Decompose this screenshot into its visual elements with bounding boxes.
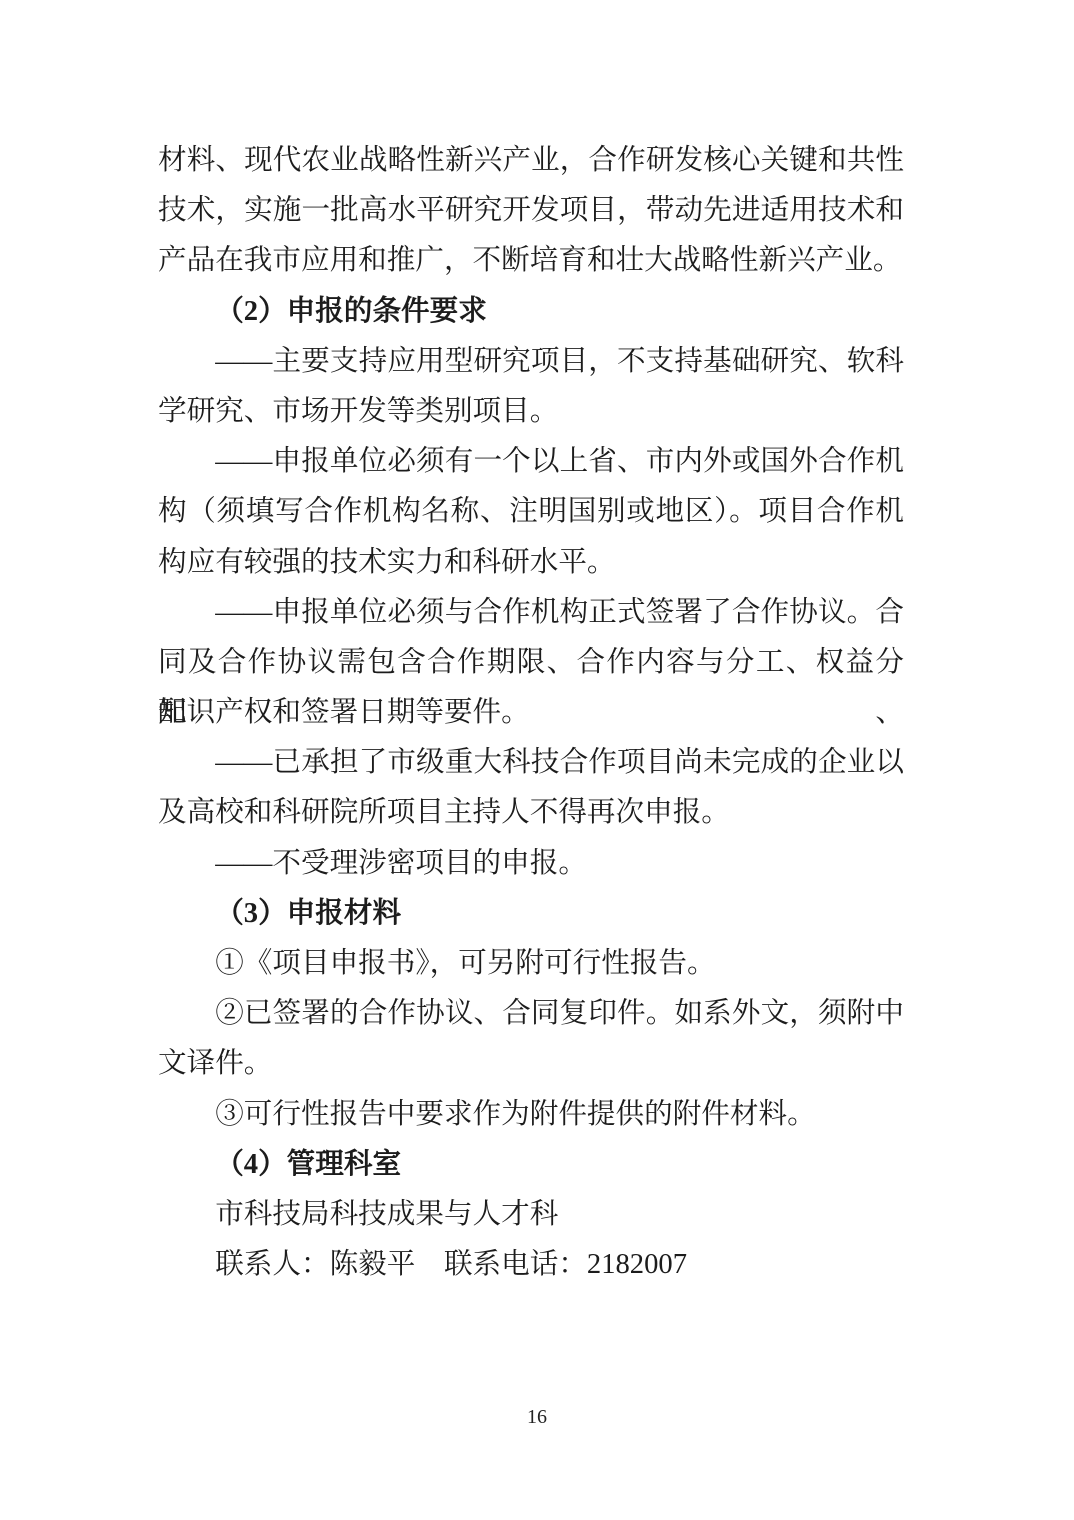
text-line: 同及合作协议需包含合作期限、合作内容与分工、权益分配、: [158, 638, 904, 688]
text-line: ——主要支持应用型研究项目，不支持基础研究、软科: [158, 337, 904, 387]
section-heading: （3）申报材料: [158, 889, 904, 939]
text-line: 构应有较强的技术实力和科研水平。: [158, 538, 904, 588]
text-line: 文译件。: [158, 1039, 904, 1089]
text-line: 联系人：陈毅平 联系电话：2182007: [158, 1240, 904, 1290]
text-line: ——申报单位必须与合作机构正式签署了合作协议。合: [158, 588, 904, 638]
text-line: 材料、现代农业战略性新兴产业，合作研发核心关键和共性: [158, 136, 904, 186]
section-heading: （2）申报的条件要求: [158, 287, 904, 337]
section-heading: （4）管理科室: [158, 1140, 904, 1190]
text-line: ②已签署的合作协议、合同复印件。如系外文，须附中: [158, 989, 904, 1039]
text-line: 产品在我市应用和推广，不断培育和壮大战略性新兴产业。: [158, 236, 904, 286]
document-page: 材料、现代农业战略性新兴产业，合作研发核心关键和共性技术，实施一批高水平研究开发…: [0, 0, 1074, 1520]
text-line: 构（须填写合作机构名称、注明国别或地区）。项目合作机: [158, 487, 904, 537]
text-line: ——不受理涉密项目的申报。: [158, 839, 904, 889]
text-line: 市科技局科技成果与人才科: [158, 1190, 904, 1240]
text-line: 及高校和科研院所项目主持人不得再次申报。: [158, 788, 904, 838]
text-line: ③可行性报告中要求作为附件提供的附件材料。: [158, 1090, 904, 1140]
text-line: ①《项目申报书》，可另附可行性报告。: [158, 939, 904, 989]
text-line: 技术，实施一批高水平研究开发项目，带动先进适用技术和: [158, 186, 904, 236]
text-line: ——申报单位必须有一个以上省、市内外或国外合作机: [158, 437, 904, 487]
text-line: 学研究、市场开发等类别项目。: [158, 387, 904, 437]
page-number: 16: [0, 1404, 1074, 1430]
text-block: 材料、现代农业战略性新兴产业，合作研发核心关键和共性技术，实施一批高水平研究开发…: [158, 136, 904, 1290]
text-line: ——已承担了市级重大科技合作项目尚未完成的企业以: [158, 738, 904, 788]
